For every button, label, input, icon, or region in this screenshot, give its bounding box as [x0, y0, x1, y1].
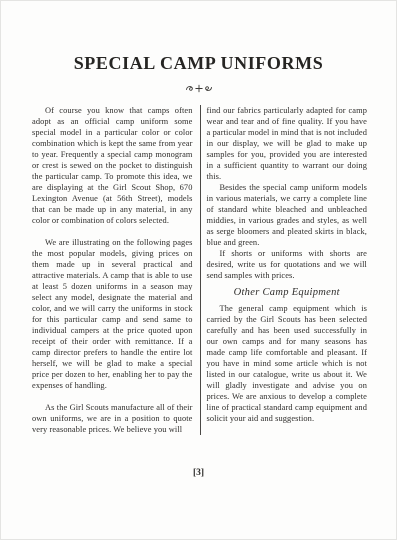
left-column: Of course you know that camps often adop… [32, 105, 193, 435]
paragraph: The general camp equipment which is carr… [207, 303, 368, 424]
fleuron-ornament [1, 80, 396, 98]
paragraph: find our fabrics particularly adapted fo… [207, 105, 368, 182]
paragraph: We are illustrating on the following pag… [32, 237, 193, 391]
section-heading: Other Camp Equipment [207, 287, 368, 298]
paragraph: Of course you know that camps often adop… [32, 105, 193, 226]
paragraph: Besides the special camp uniform models … [207, 182, 368, 248]
column-rule [200, 105, 201, 435]
scanned-catalog-page: SPECIAL CAMP UNIFORMS Of course you know… [0, 0, 397, 540]
page-title: SPECIAL CAMP UNIFORMS [1, 53, 396, 74]
two-column-text-block: Of course you know that camps often adop… [32, 105, 367, 435]
page-number: [3] [1, 468, 396, 478]
paragraph: If shorts or uniforms with shorts are de… [207, 248, 368, 281]
paragraph: As the Girl Scouts manufacture all of th… [32, 402, 193, 435]
right-column: find our fabrics particularly adapted fo… [207, 105, 368, 435]
